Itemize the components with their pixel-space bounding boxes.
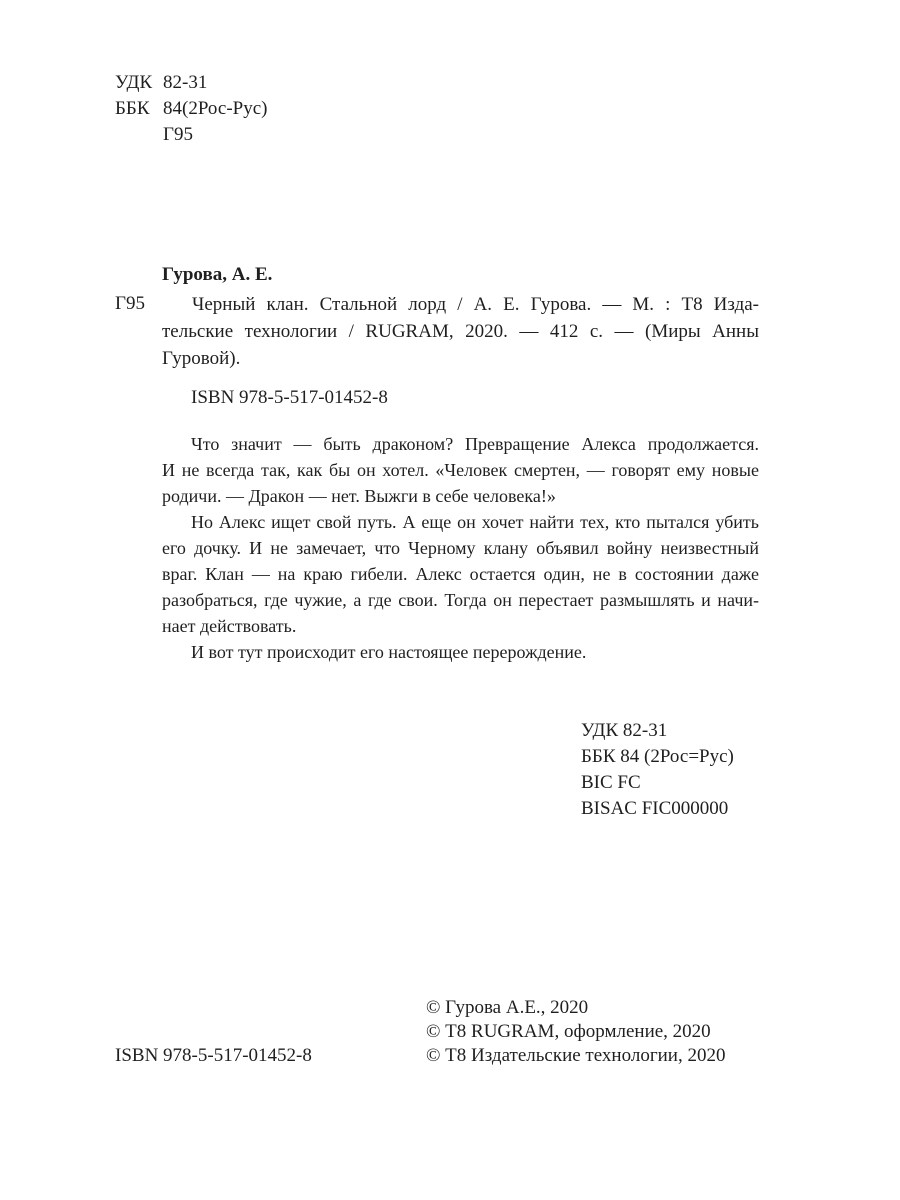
annotation-line: Но Алекс ищет свой путь. А еще он хочет … — [162, 509, 759, 535]
author-mark-value: Г95 — [163, 122, 193, 148]
author-mark-row: Г95 — [115, 122, 267, 148]
biblio-line: Гуровой). — [162, 345, 759, 372]
bisac-code: BISAC FIC000000 — [581, 796, 734, 822]
bbk-code: ББК 84 (2Рос=Рус) — [581, 744, 734, 770]
udk-value: 82-31 — [163, 70, 207, 96]
author-heading: Гурова, А. Е. — [162, 262, 272, 288]
biblio-line: Черный клан. Стальной лорд / А. Е. Гуров… — [162, 291, 759, 318]
bibliographic-description: Черный клан. Стальной лорд / А. Е. Гуров… — [162, 291, 759, 372]
bbk-row: ББК84(2Рос-Рус) — [115, 96, 267, 122]
biblio-line: тельские технологии / RUGRAM, 2020. — 41… — [162, 318, 759, 345]
annotation: Что значит — быть драконом? Превращение … — [162, 431, 759, 665]
copyright-author: © Гурова А.Е., 2020 — [426, 996, 725, 1020]
udk-code: УДК 82-31 — [581, 718, 734, 744]
annotation-line: И вот тут происходит его настоящее перер… — [162, 639, 759, 665]
bic-code: BIC FC — [581, 770, 734, 796]
copyright-design: © Т8 RUGRAM, оформление, 2020 — [426, 1020, 725, 1044]
isbn-footer: ISBN 978-5-517-01452-8 — [115, 1043, 312, 1069]
isbn-main: ISBN 978-5-517-01452-8 — [191, 385, 388, 411]
bbk-label: ББК — [115, 96, 163, 122]
annotation-line: разобраться, где чужие, а где свои. Тогд… — [162, 587, 759, 613]
annotation-line: Что значит — быть драконом? Превращение … — [162, 431, 759, 457]
annotation-line: его дочку. И не замечает, что Черному кл… — [162, 535, 759, 561]
annotation-line: родичи. — Дракон — нет. Выжги в себе чел… — [162, 483, 759, 509]
annotation-line: враг. Клан — на краю гибели. Алекс остае… — [162, 561, 759, 587]
udk-row: УДК82-31 — [115, 70, 267, 96]
cutter-mark: Г95 — [115, 291, 145, 317]
top-classification-block: УДК82-31 ББК84(2Рос-Рус) Г95 — [115, 70, 267, 148]
udk-label: УДК — [115, 70, 163, 96]
bbk-value: 84(2Рос-Рус) — [163, 96, 267, 122]
annotation-line: И не всегда так, как бы он хотел. «Челов… — [162, 457, 759, 483]
copyright-publisher: © Т8 Издательские технологии, 2020 — [426, 1044, 725, 1068]
bottom-classification-block: УДК 82-31 ББК 84 (2Рос=Рус) BIC FC BISAC… — [581, 718, 734, 822]
copyright-block: © Гурова А.Е., 2020 © Т8 RUGRAM, оформле… — [426, 996, 725, 1068]
annotation-line: нает действовать. — [162, 613, 759, 639]
